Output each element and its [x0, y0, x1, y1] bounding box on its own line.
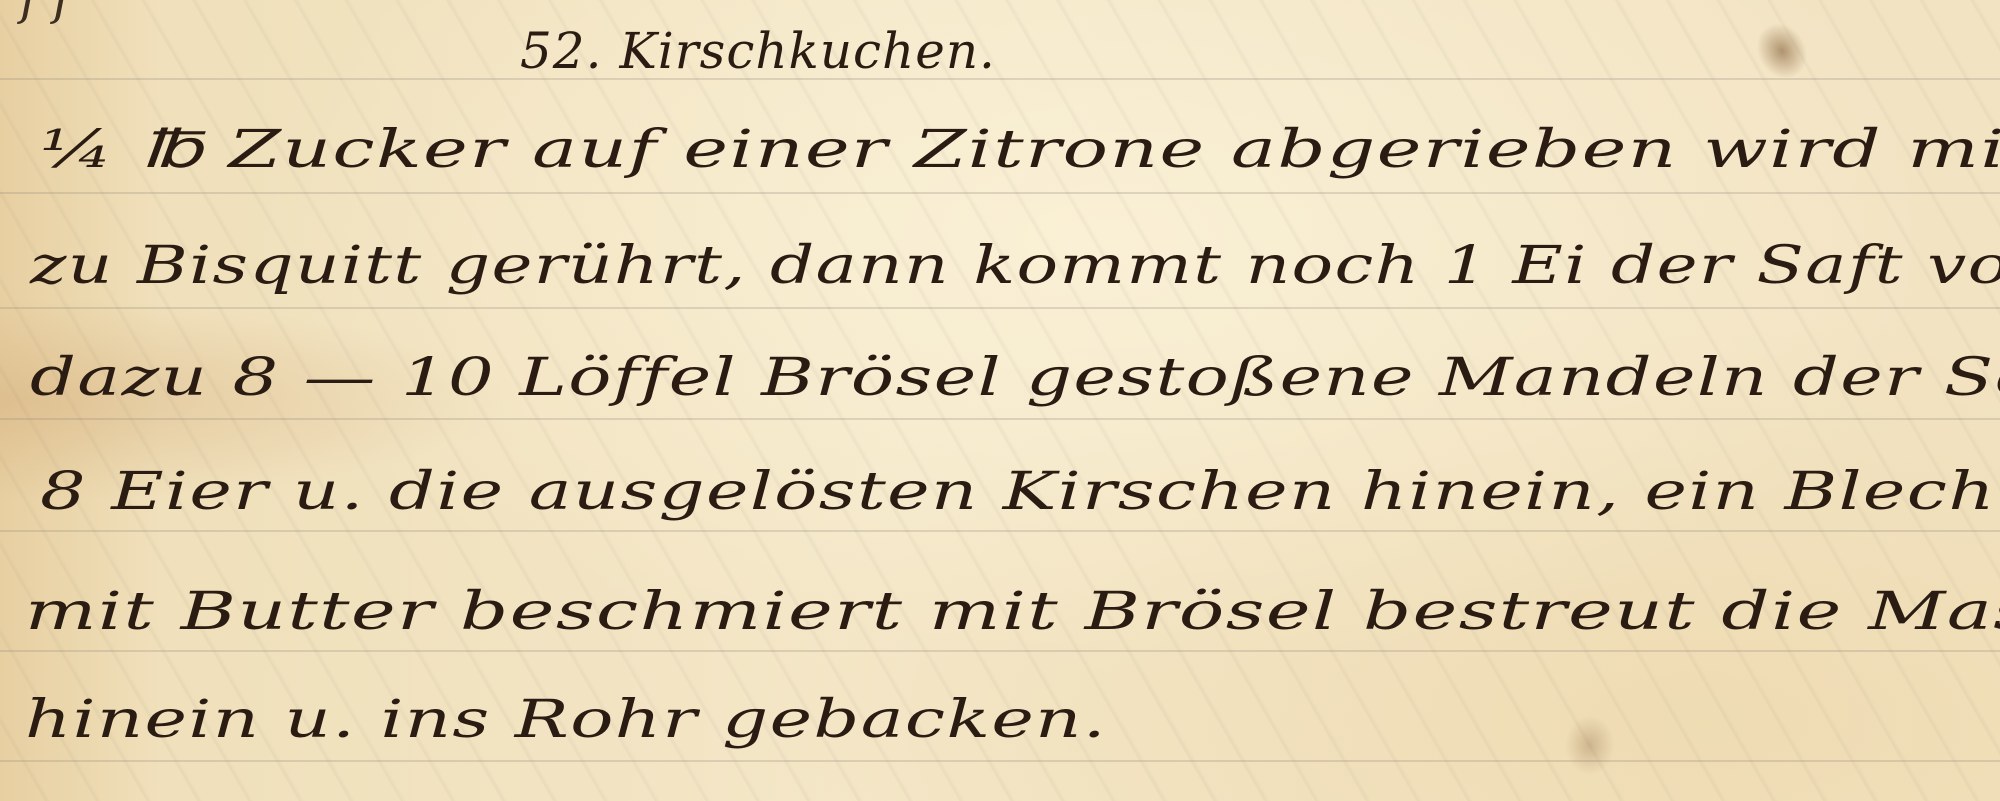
manuscript-page: ſ ſ 52. Kirschkuchen. ¼ ℔ Zucker auf ein… [0, 0, 2000, 801]
previous-line-fragment: ſ ſ [20, 0, 71, 26]
recipe-line-1: ¼ ℔ Zucker auf einer Zitrone abgerieben … [40, 120, 2000, 180]
ruled-line [0, 78, 2000, 80]
paper-stain [1565, 715, 1615, 775]
ruled-line [0, 530, 2000, 532]
ruled-line [0, 418, 2000, 420]
recipe-line-2: zu Bisquitt gerührt, dann kommt noch 1 E… [30, 236, 2000, 296]
ruled-line [0, 650, 2000, 652]
recipe-line-4: 8 Eier u. die ausgelösten Kirschen hinei… [40, 462, 2000, 522]
ink-blot [1747, 14, 1818, 88]
recipe-number: 52. [520, 22, 603, 80]
ruled-line [0, 192, 2000, 194]
ruled-line [0, 307, 2000, 309]
recipe-name: Kirschkuchen. [619, 22, 996, 80]
recipe-line-3: dazu 8 — 10 Löffel Brösel gestoßene Mand… [30, 348, 2000, 408]
recipe-line-6: hinein u. ins Rohr gebacken. [25, 690, 1107, 750]
ruled-line [0, 760, 2000, 762]
recipe-line-5: mit Butter beschmiert mit Brösel bestreu… [25, 582, 2000, 642]
recipe-title: 52. Kirschkuchen. [520, 22, 996, 80]
